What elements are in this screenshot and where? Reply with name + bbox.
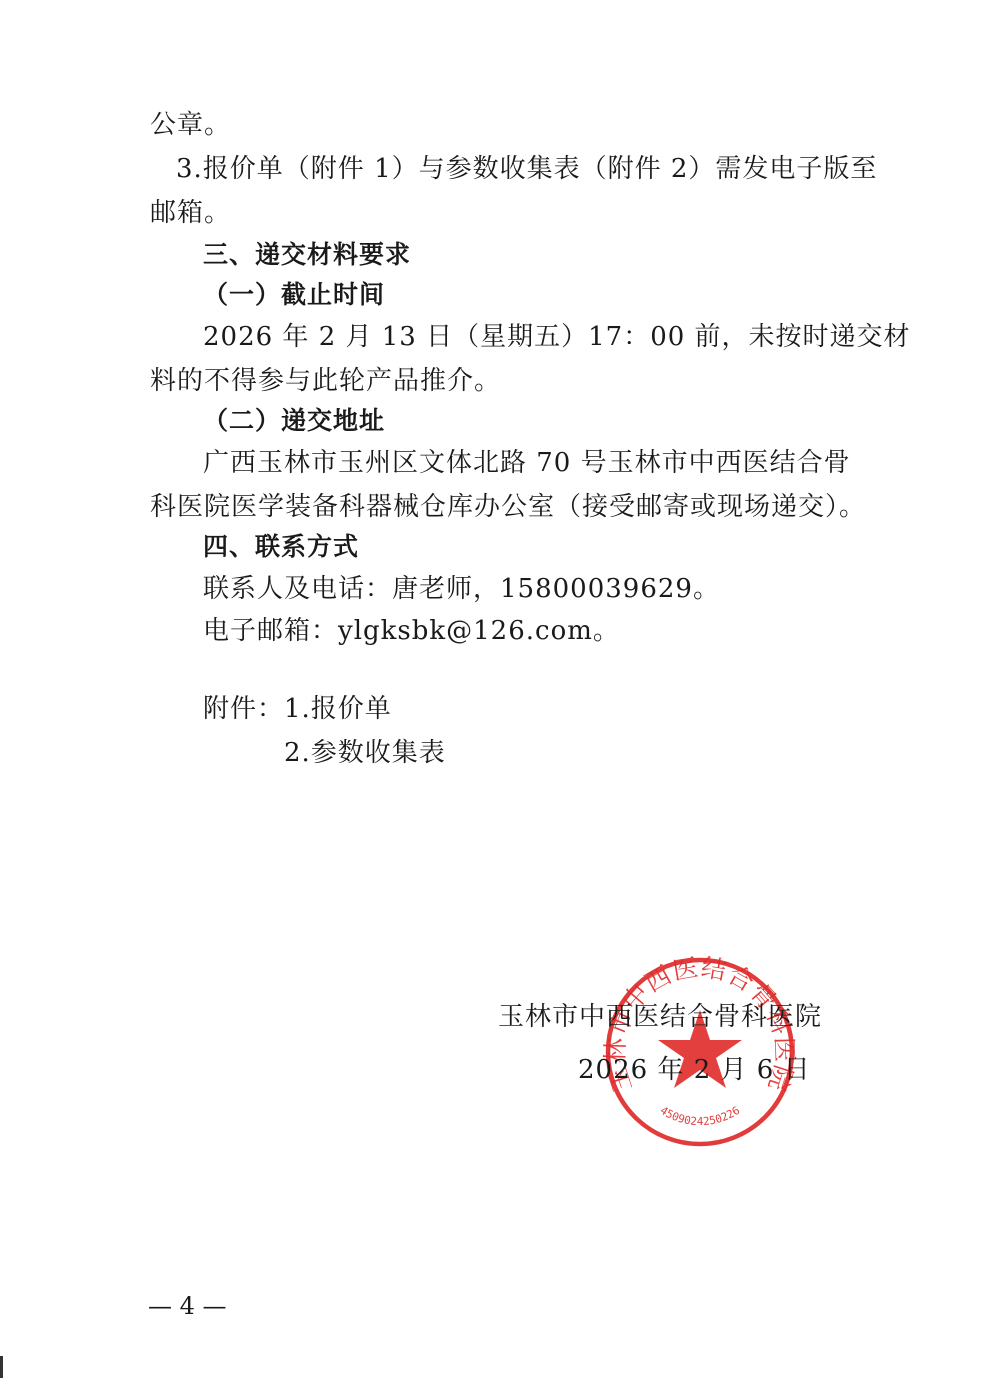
paragraph-line: 邮箱。: [150, 196, 231, 230]
paragraph-line: 料的不得参与此轮产品推介。: [150, 364, 501, 398]
deadline-text: 2026 年 2 月 13 日（星期五）17：00 前，未按时递交材: [203, 320, 842, 354]
paragraph-item-3: 3.报价单（附件 1）与参数收集表（附件 2）需发电子版至: [176, 152, 842, 186]
stamp-code: 4509024250226: [658, 1104, 742, 1128]
section-heading-4: 四、联系方式: [203, 530, 359, 564]
paragraph-line: 科医院医学装备科器械仓库办公室（接受邮寄或现场递交）。: [150, 490, 842, 524]
paragraph-line: 公章。: [150, 108, 231, 142]
official-seal-stamp: 玉林市中西医结合骨科医院 4509024250226: [600, 952, 800, 1152]
address-text: 广西玉林市玉州区文体北路 70 号玉林市中西医结合骨: [203, 446, 842, 480]
attachments-label: 附件：: [203, 692, 284, 726]
attachment-item: 1.报价单: [284, 692, 392, 726]
signature-organization: 玉林市中西医结合骨科医院: [498, 1000, 822, 1034]
section-heading-3: 三、递交材料要求: [203, 238, 411, 272]
svg-text:4509024250226: 4509024250226: [658, 1104, 742, 1128]
subsection-heading-address: （二）递交地址: [203, 404, 385, 438]
scan-edge-mark: [0, 1356, 3, 1378]
contact-person-phone: 联系人及电话：唐老师，15800039629。: [203, 572, 720, 606]
attachment-item: 2.参数收集表: [284, 736, 446, 770]
page-number: — 4 —: [148, 1291, 227, 1321]
subsection-heading-deadline: （一）截止时间: [203, 278, 385, 312]
contact-email: 电子邮箱：ylgksbk@126.com。: [203, 614, 620, 648]
signature-date: 2026 年 2 月 6 日: [578, 1053, 811, 1087]
